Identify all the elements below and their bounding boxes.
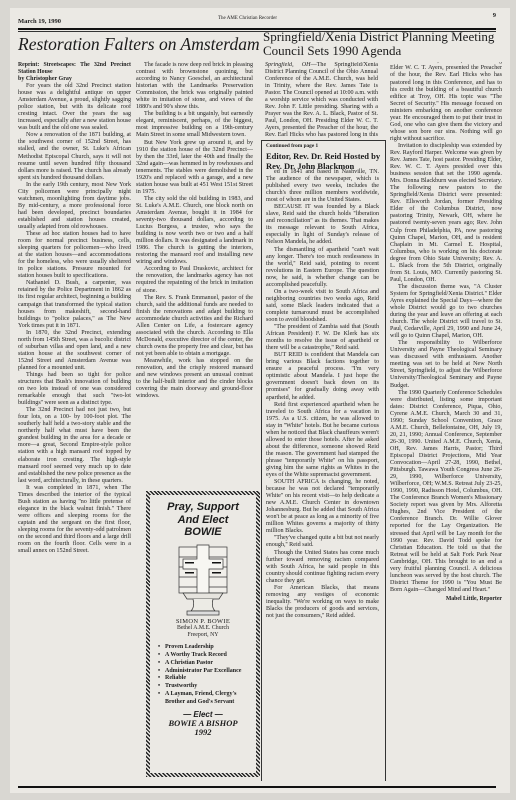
masthead: March 19, 1990 The AME Christian Recorde…: [18, 16, 496, 30]
paragraph: It was completed in 1871, when The Times…: [18, 485, 131, 555]
ad-headline-line: BOWIE: [154, 526, 252, 539]
paragraph: In the early 19th century, most New York…: [18, 182, 131, 231]
candidate-church: Bethel A.M.E. Church: [154, 625, 252, 632]
paragraph: BUT REID is confident that Mandela can b…: [266, 352, 379, 401]
paragraph: Though the United States has come much f…: [266, 550, 379, 585]
paragraph-text: —The Springfield/Xenia District Planning…: [265, 62, 378, 138]
ad-headline-line: Pray, Support: [154, 501, 252, 514]
paragraph: The 1990 Quarterly Conference Schedules …: [390, 390, 502, 594]
paragraph: In 1870, the 32nd Precinct, extending no…: [18, 330, 131, 372]
paragraph: For American Blacks, that means removing…: [266, 585, 379, 620]
paragraph: The discussion theme was, ''A Cluster Sy…: [390, 284, 502, 340]
paragraph: According to Paul Draskovic, architect f…: [136, 266, 253, 294]
headline-springfield: Springfield/Xenia District Planning Meet…: [263, 30, 503, 58]
paragraph: The Rev. S. Frank Emmanuel, pastor of th…: [136, 295, 253, 358]
paragraph: Reid first experienced apartheid when he…: [266, 402, 379, 480]
list-item: A Christian Pastor: [158, 660, 252, 668]
paragraph: The city sold the old building in 1983, …: [136, 196, 253, 266]
springfield-column-lead: Springfield, OH—The Springfield/Xenia Di…: [265, 62, 378, 138]
paragraph: The 32nd Precinct had not just two, but …: [18, 407, 131, 485]
issue-date: March 19, 1990: [18, 18, 61, 25]
list-item: Trustworthy: [158, 683, 252, 691]
paragraph: Things had been so tight for police stru…: [18, 372, 131, 407]
paragraph: SOUTH AFRICA is changing, he noted, beca…: [266, 479, 379, 535]
dateline: Springfield, OH: [265, 62, 311, 68]
ad-year: 1992: [154, 728, 252, 738]
headline-restoration: Restoration Falters on Amsterdam: [18, 34, 256, 54]
continued-article-box: Continued from page 1 Editor, Rev. Dr. R…: [261, 140, 386, 781]
candidate-location: Freeport, NY: [154, 632, 252, 639]
paragraph: Nathaniel D. Bush, a carpenter, was reta…: [18, 280, 131, 329]
paragraph: Meanwhile, work has stopped on the renov…: [136, 358, 253, 400]
list-item: A Layman, Friend, Clergy's Brother and G…: [158, 691, 252, 707]
ad-headline-line: And Elect: [154, 514, 252, 527]
article-byline: by Christopher Gray: [18, 76, 131, 83]
paragraph: Springfield, OH—The Springfield/Xenia Di…: [265, 62, 378, 138]
paragraph: BECAUSE IT was founded by a Black slave,…: [266, 204, 379, 246]
paragraph: The dismantling of apartheid ''can't wai…: [266, 247, 379, 289]
paragraph: But New York grew up around it, and by 1…: [136, 140, 253, 196]
bowie-campaign-ad: Pray, Support And Elect BOWIE SIMON P. B…: [146, 491, 260, 777]
candidate-name: SIMON P. BOWIE: [154, 619, 252, 626]
continued-body: ed in 1841 and based in Nashville, TN. T…: [266, 169, 379, 620]
candidate-caption: SIMON P. BOWIE Bethel A.M.E. Church Free…: [154, 619, 252, 639]
paragraph: ed in 1841 and based in Nashville, TN. T…: [266, 169, 379, 204]
footer-rule: [18, 786, 496, 788]
qualifications-list: Proven Leadership A Worthy Track Record …: [158, 644, 252, 706]
paragraph-text: —The Springfield/Xenia District Planning…: [390, 62, 502, 142]
paragraph: Springfield, OH—The Springfield/Xenia Di…: [390, 62, 502, 143]
list-item: A Worthy Track Record: [158, 652, 252, 660]
article-kicker: Reprint: Streetscapes: The 32nd Precinct…: [18, 62, 131, 76]
paragraph: Now a renovation of the 1871 building, a…: [18, 132, 131, 181]
restoration-column-2: The facade is now deep red brick in plea…: [136, 62, 253, 400]
list-item: Reliable: [158, 675, 252, 683]
list-item: Administrator Par Excellance: [158, 668, 252, 676]
cross-pulpit-illustration: [175, 543, 231, 617]
paragraph: On a two-week visit to South Africa and …: [266, 289, 379, 324]
restoration-column-1: Reprint: Streetscapes: The 32nd Precinct…: [18, 62, 131, 555]
publication-name: The AME Christian Recorder: [218, 16, 277, 21]
continued-label: Continued from page 1: [266, 143, 385, 149]
paragraph: The facade is now deep red brick in plea…: [136, 62, 253, 111]
paragraph: ''They've changed quite a bit but not ne…: [266, 535, 379, 549]
paragraph: The responsibility to Wilberforce Univer…: [390, 340, 502, 389]
paragraph: Invitation to discipleship was extended …: [390, 143, 502, 284]
list-item: Proven Leadership: [158, 644, 252, 652]
paragraph: ''The president of Zambia said that (Sou…: [266, 324, 379, 352]
ad-headline: Pray, Support And Elect BOWIE: [154, 501, 252, 539]
paragraph: For years the old 32nd Precinct station …: [18, 83, 131, 132]
page-number: 9: [493, 12, 496, 19]
reporter-credit: Mabel Little, Reporter: [390, 596, 502, 603]
paragraph: These ad hoc station houses had to have …: [18, 231, 131, 280]
springfield-column-continued: Springfield, OH—The Springfield/Xenia Di…: [390, 62, 502, 782]
paragraph: The building is a bit ungainly, but earn…: [136, 111, 253, 139]
